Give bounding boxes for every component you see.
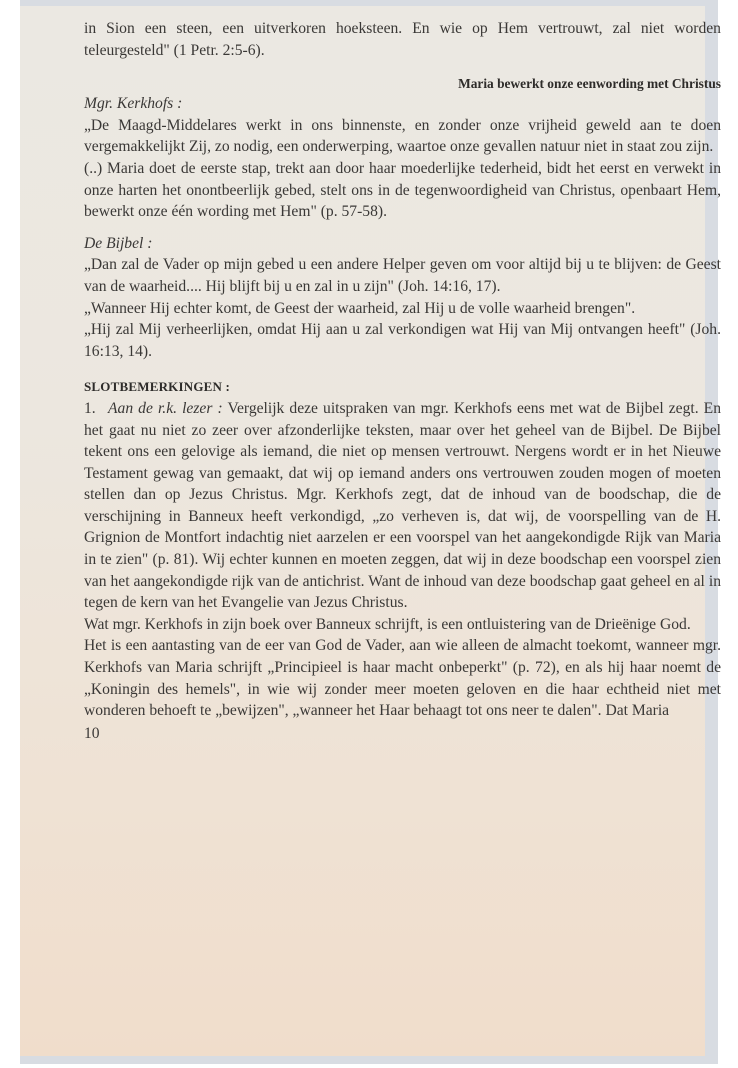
spacer	[84, 223, 721, 233]
slotbemerkingen-title: SLOTBEMERKINGEN :	[84, 376, 721, 398]
slotbemerking-item-1: 1.Aan de r.k. lezer : Vergelijk deze uit…	[84, 398, 721, 614]
item-number: 1.	[84, 398, 108, 420]
item-lead: Aan de r.k. lezer :	[108, 400, 223, 417]
bijbel-quote-2: „Wanneer Hij echter komt, de Geest der w…	[84, 298, 721, 320]
bijbel-quote-3: „Hij zal Mij verheerlijken, omdat Hij aa…	[84, 319, 721, 362]
page-text: in Sion een steen, een uitverkoren hoeks…	[84, 18, 721, 744]
opening-line-1: in Sion een steen, een uitverkoren hoeks…	[84, 20, 631, 37]
slot-paragraph-2: Het is een aantasting van de eer van God…	[84, 635, 721, 721]
page-number: 10	[84, 723, 721, 745]
opening-paragraph: in Sion een steen, een uitverkoren hoeks…	[84, 18, 721, 61]
kerkhofs-quote-1: „De Maagd-Middelares werkt in ons binnen…	[84, 115, 721, 158]
slot-paragraph-1: Wat mgr. Kerkhofs in zijn boek over Bann…	[84, 614, 721, 636]
item-text: Vergelijk deze uitspraken van mgr. Kerkh…	[84, 400, 721, 611]
speaker-bijbel: De Bijbel :	[84, 233, 721, 255]
kerkhofs-quote-2: (..) Maria doet de eerste stap, trekt aa…	[84, 158, 721, 223]
section-heading: Maria bewerkt onze eenwording met Christ…	[84, 75, 721, 93]
bijbel-quote-1: „Dan zal de Vader op mijn gebed u een an…	[84, 254, 721, 297]
speaker-kerkhofs: Mgr. Kerkhofs :	[84, 93, 721, 115]
spacer	[84, 362, 721, 376]
